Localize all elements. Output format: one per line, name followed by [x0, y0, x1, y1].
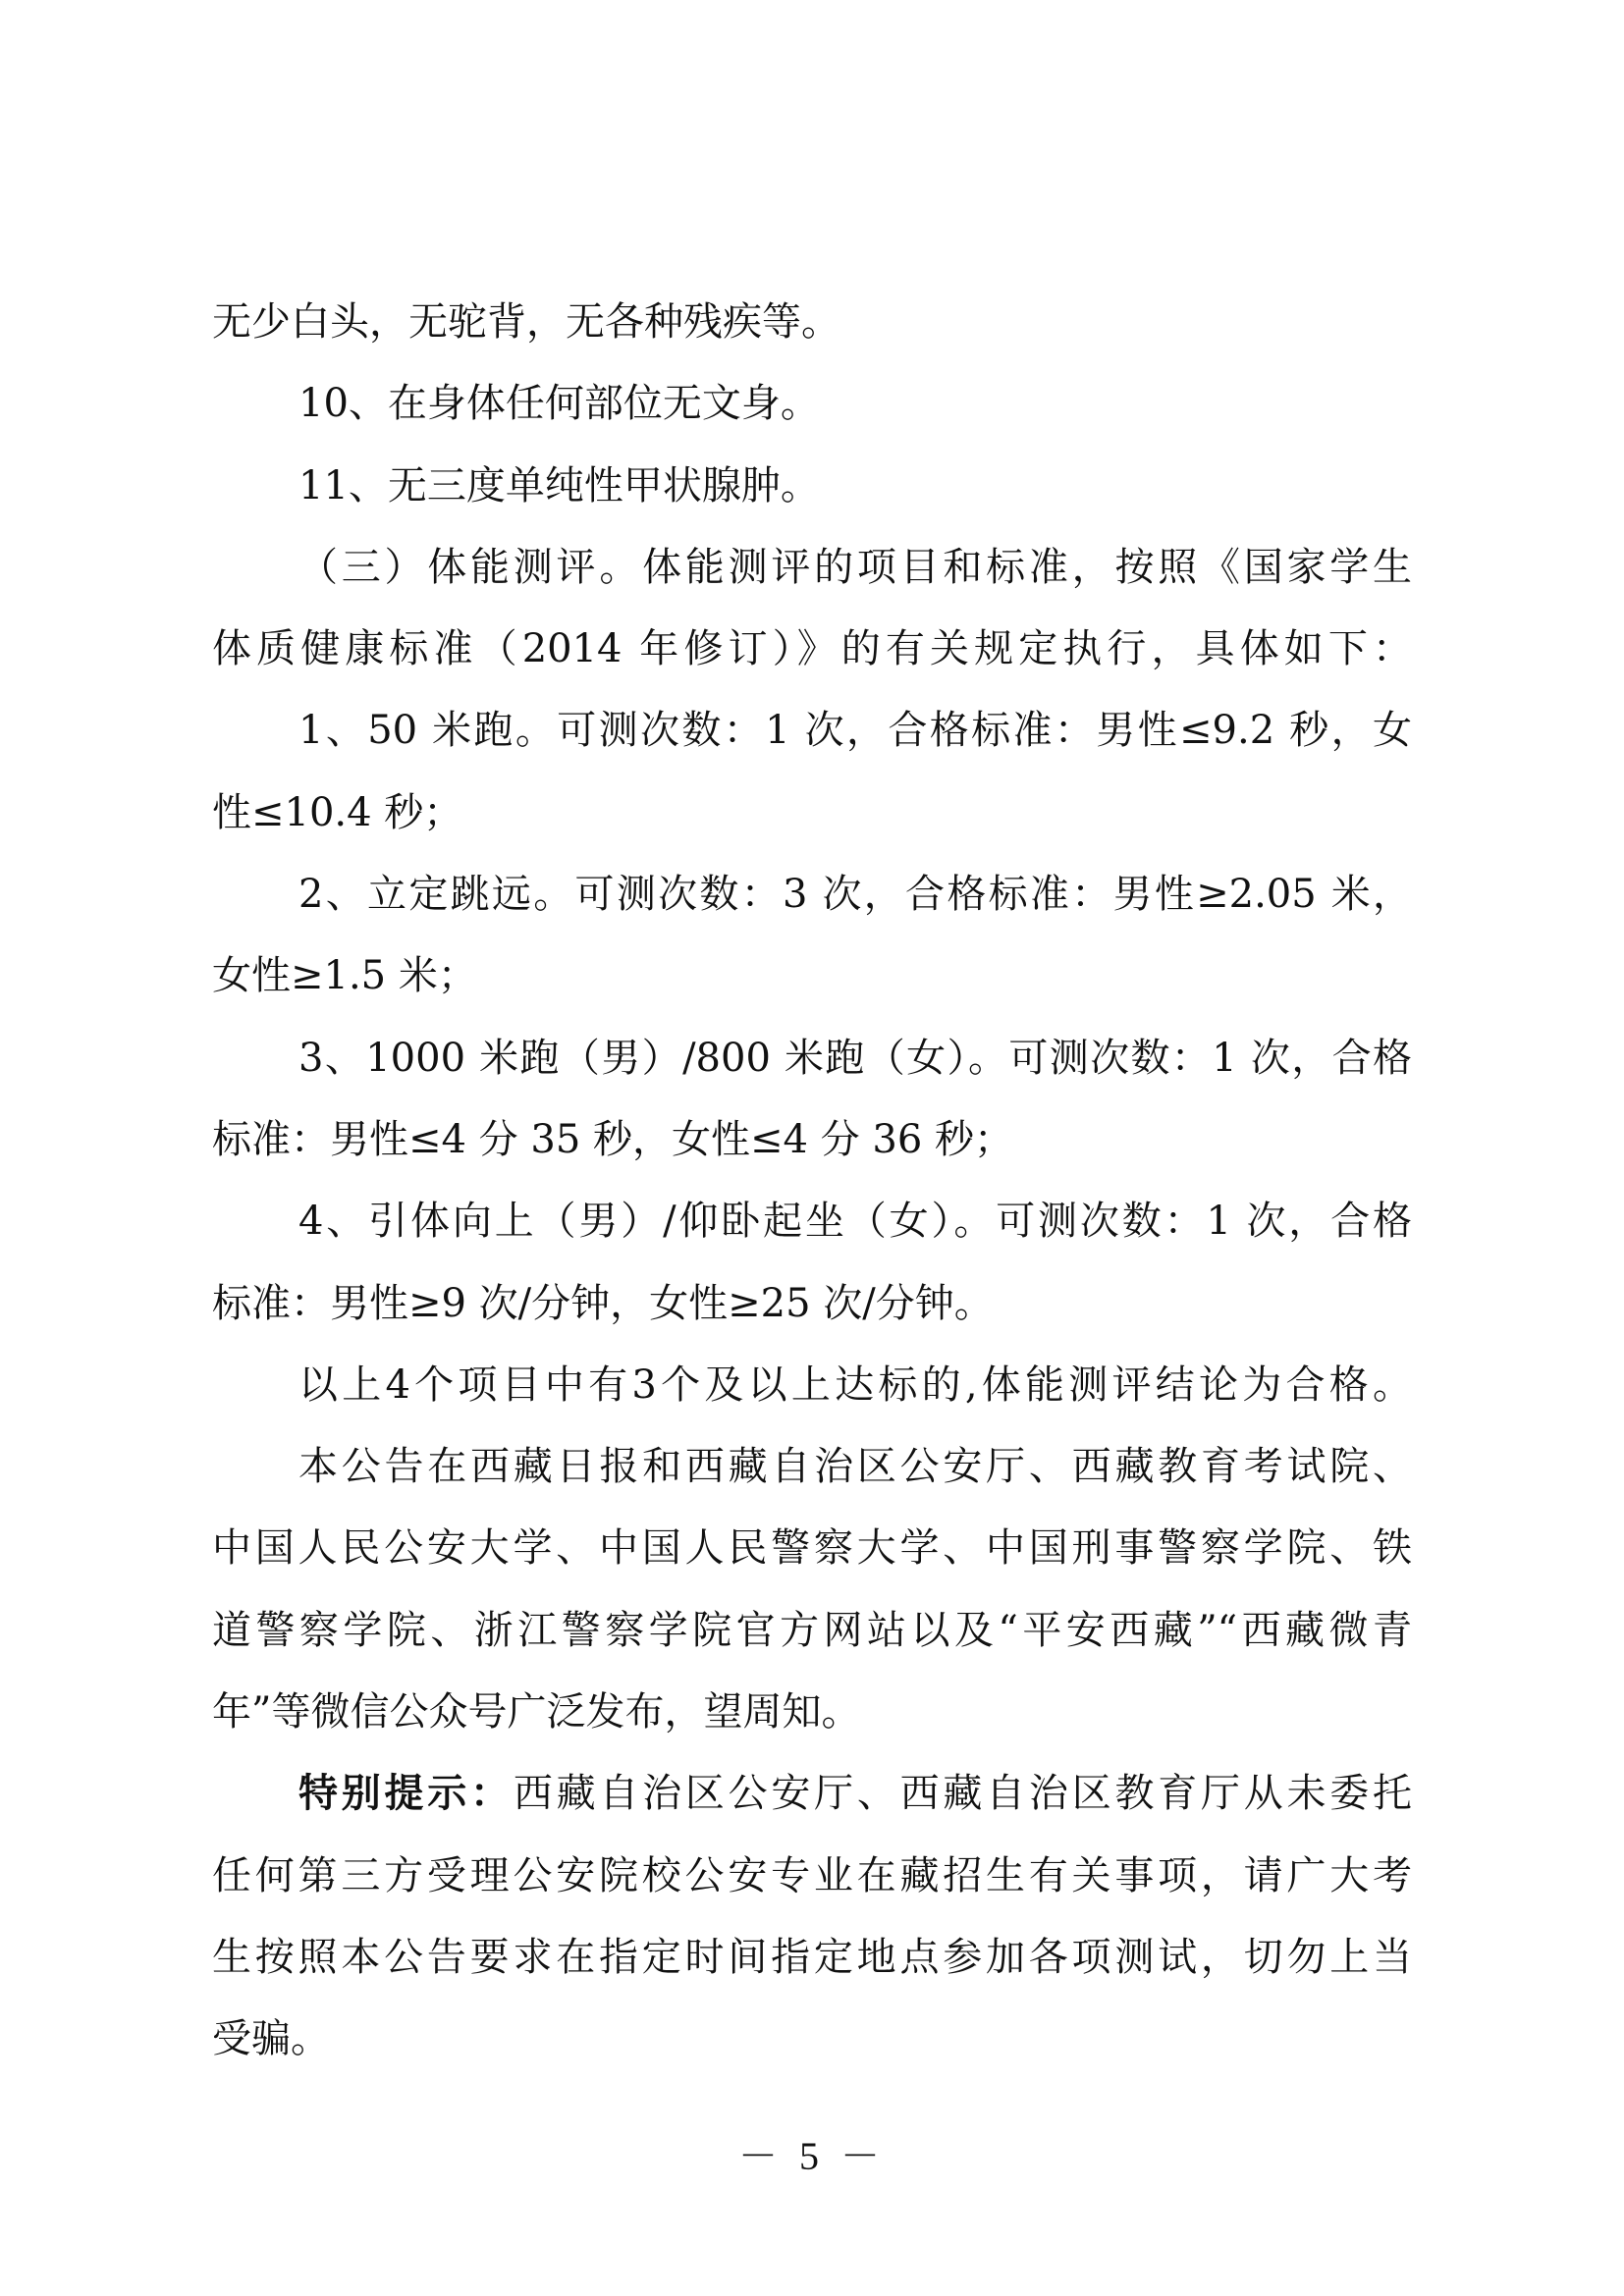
test-item-50m: 1、50 米跑。可测次数：1 次，合格标准：男性≤9.2 秒，女 — [212, 703, 1412, 784]
text-line: 体质健康标准（2014 年修订）》的有关规定执行，具体如下： — [212, 621, 1412, 703]
text-line: 标准：男性≥9 次/分钟，女性≥25 次/分钟。 — [212, 1276, 1412, 1358]
text-line: 生按照本公告要求在指定时间指定地点参加各项测试，切勿上当 — [212, 1930, 1412, 2011]
test-item-pullup-situp: 4、引体向上（男）/仰卧起坐（女）。可测次数：1 次，合格 — [212, 1194, 1412, 1275]
list-item-10: 10、在身体任何部位无文身。 — [212, 376, 1412, 457]
text-line: 道警察学院、浙江警察学院官方网站以及“平安西藏”“西藏微青 — [212, 1603, 1412, 1684]
section-heading-physical-test: （三）体能测评。体能测评的项目和标准，按照《国家学生 — [212, 540, 1412, 621]
test-item-1000m-800m: 3、1000 米跑（男）/800 米跑（女）。可测次数：1 次，合格 — [212, 1031, 1412, 1112]
text-line: 任何第三方受理公安院校公安专业在藏招生有关事项，请广大考 — [212, 1848, 1412, 1930]
special-notice-label: 特别提示： — [298, 1771, 514, 1816]
page-number: － 5 － — [0, 2132, 1624, 2181]
special-notice-text: 西藏自治区公安厅、西藏自治区教育厅从未委托 — [514, 1771, 1412, 1816]
pass-criteria: 以上4个项目中有3个及以上达标的,体能测评结论为合格。 — [212, 1358, 1412, 1439]
list-item-11: 11、无三度单纯性甲状腺肿。 — [212, 458, 1412, 540]
document-body: 无少白头，无驼背，无各种残疾等。 10、在身体任何部位无文身。 11、无三度单纯… — [212, 294, 1412, 2094]
text-line: 性≤10.4 秒； — [212, 785, 1412, 867]
special-notice: 特别提示：西藏自治区公安厅、西藏自治区教育厅从未委托 — [212, 1766, 1412, 1847]
test-item-long-jump: 2、立定跳远。可测次数：3 次，合格标准：男性≥2.05 米， — [212, 867, 1412, 948]
text-line: 女性≥1.5 米； — [212, 948, 1412, 1030]
text-line: 年”等微信公众号广泛发布，望周知。 — [212, 1684, 1412, 1766]
text-line: 标准：男性≤4 分 35 秒，女性≤4 分 36 秒； — [212, 1112, 1412, 1194]
text-line: 受骗。 — [212, 2011, 1412, 2093]
text-line: 中国人民公安大学、中国人民警察大学、中国刑事警察学院、铁 — [212, 1521, 1412, 1602]
text-line: 无少白头，无驼背，无各种残疾等。 — [212, 294, 1412, 376]
publication-notice: 本公告在西藏日报和西藏自治区公安厅、西藏教育考试院、 — [212, 1439, 1412, 1521]
document-page: 无少白头，无驼背，无各种残疾等。 10、在身体任何部位无文身。 11、无三度单纯… — [0, 0, 1624, 2296]
